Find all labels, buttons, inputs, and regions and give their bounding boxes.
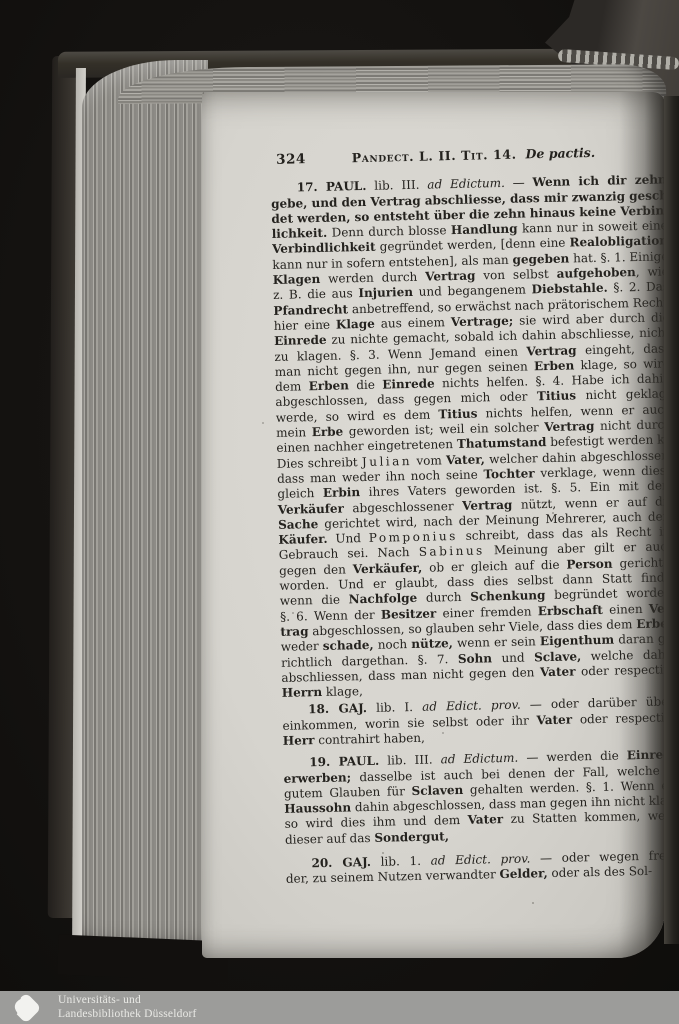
page-edges-left (82, 60, 208, 956)
library-name-line2: Landesbibliothek Düsseldorf (58, 1008, 197, 1022)
library-name-line1: Universitäts- und (58, 994, 197, 1008)
library-watermark-bar: Universitäts- und Landesbibliothek Düsse… (0, 991, 679, 1024)
binding-gutter-band (664, 96, 679, 944)
running-header-center: Pandect. L. II. Tit. 14. De pactis. (352, 145, 596, 166)
paragraph: 18. GAJ. lib. I. ad Edict. prov. — oder … (282, 695, 665, 750)
paragraph: 20. GAJ. lib. 1. ad Edict. prov. — oder … (285, 848, 665, 887)
library-name: Universitäts- und Landesbibliothek Düsse… (58, 994, 197, 1021)
paragraph: 17. PAUL. lib. III. ad Edictum. — Wenn i… (271, 173, 665, 702)
printed-text-block: 324 Pandect. L. II. Tit. 14. De pactis. … (270, 143, 665, 887)
paragraph: 19. PAUL. lib. III. ad Edictum. — werden… (283, 747, 665, 847)
running-header-subtitle: De pactis. (525, 145, 595, 162)
scanned-page: 324 Pandect. L. II. Tit. 14. De pactis. … (202, 92, 665, 958)
running-header: 324 Pandect. L. II. Tit. 14. De pactis. (270, 143, 665, 168)
book-scan-photo: 324 Pandect. L. II. Tit. 14. De pactis. … (0, 0, 679, 1024)
page-number: 324 (276, 152, 306, 168)
running-header-title: Pandect. L. II. Tit. 14. (352, 147, 517, 166)
body-text: 17. PAUL. lib. III. ad Edictum. — Wenn i… (271, 173, 665, 888)
library-logo-icon (6, 992, 46, 1024)
paper-speckles (202, 92, 204, 94)
